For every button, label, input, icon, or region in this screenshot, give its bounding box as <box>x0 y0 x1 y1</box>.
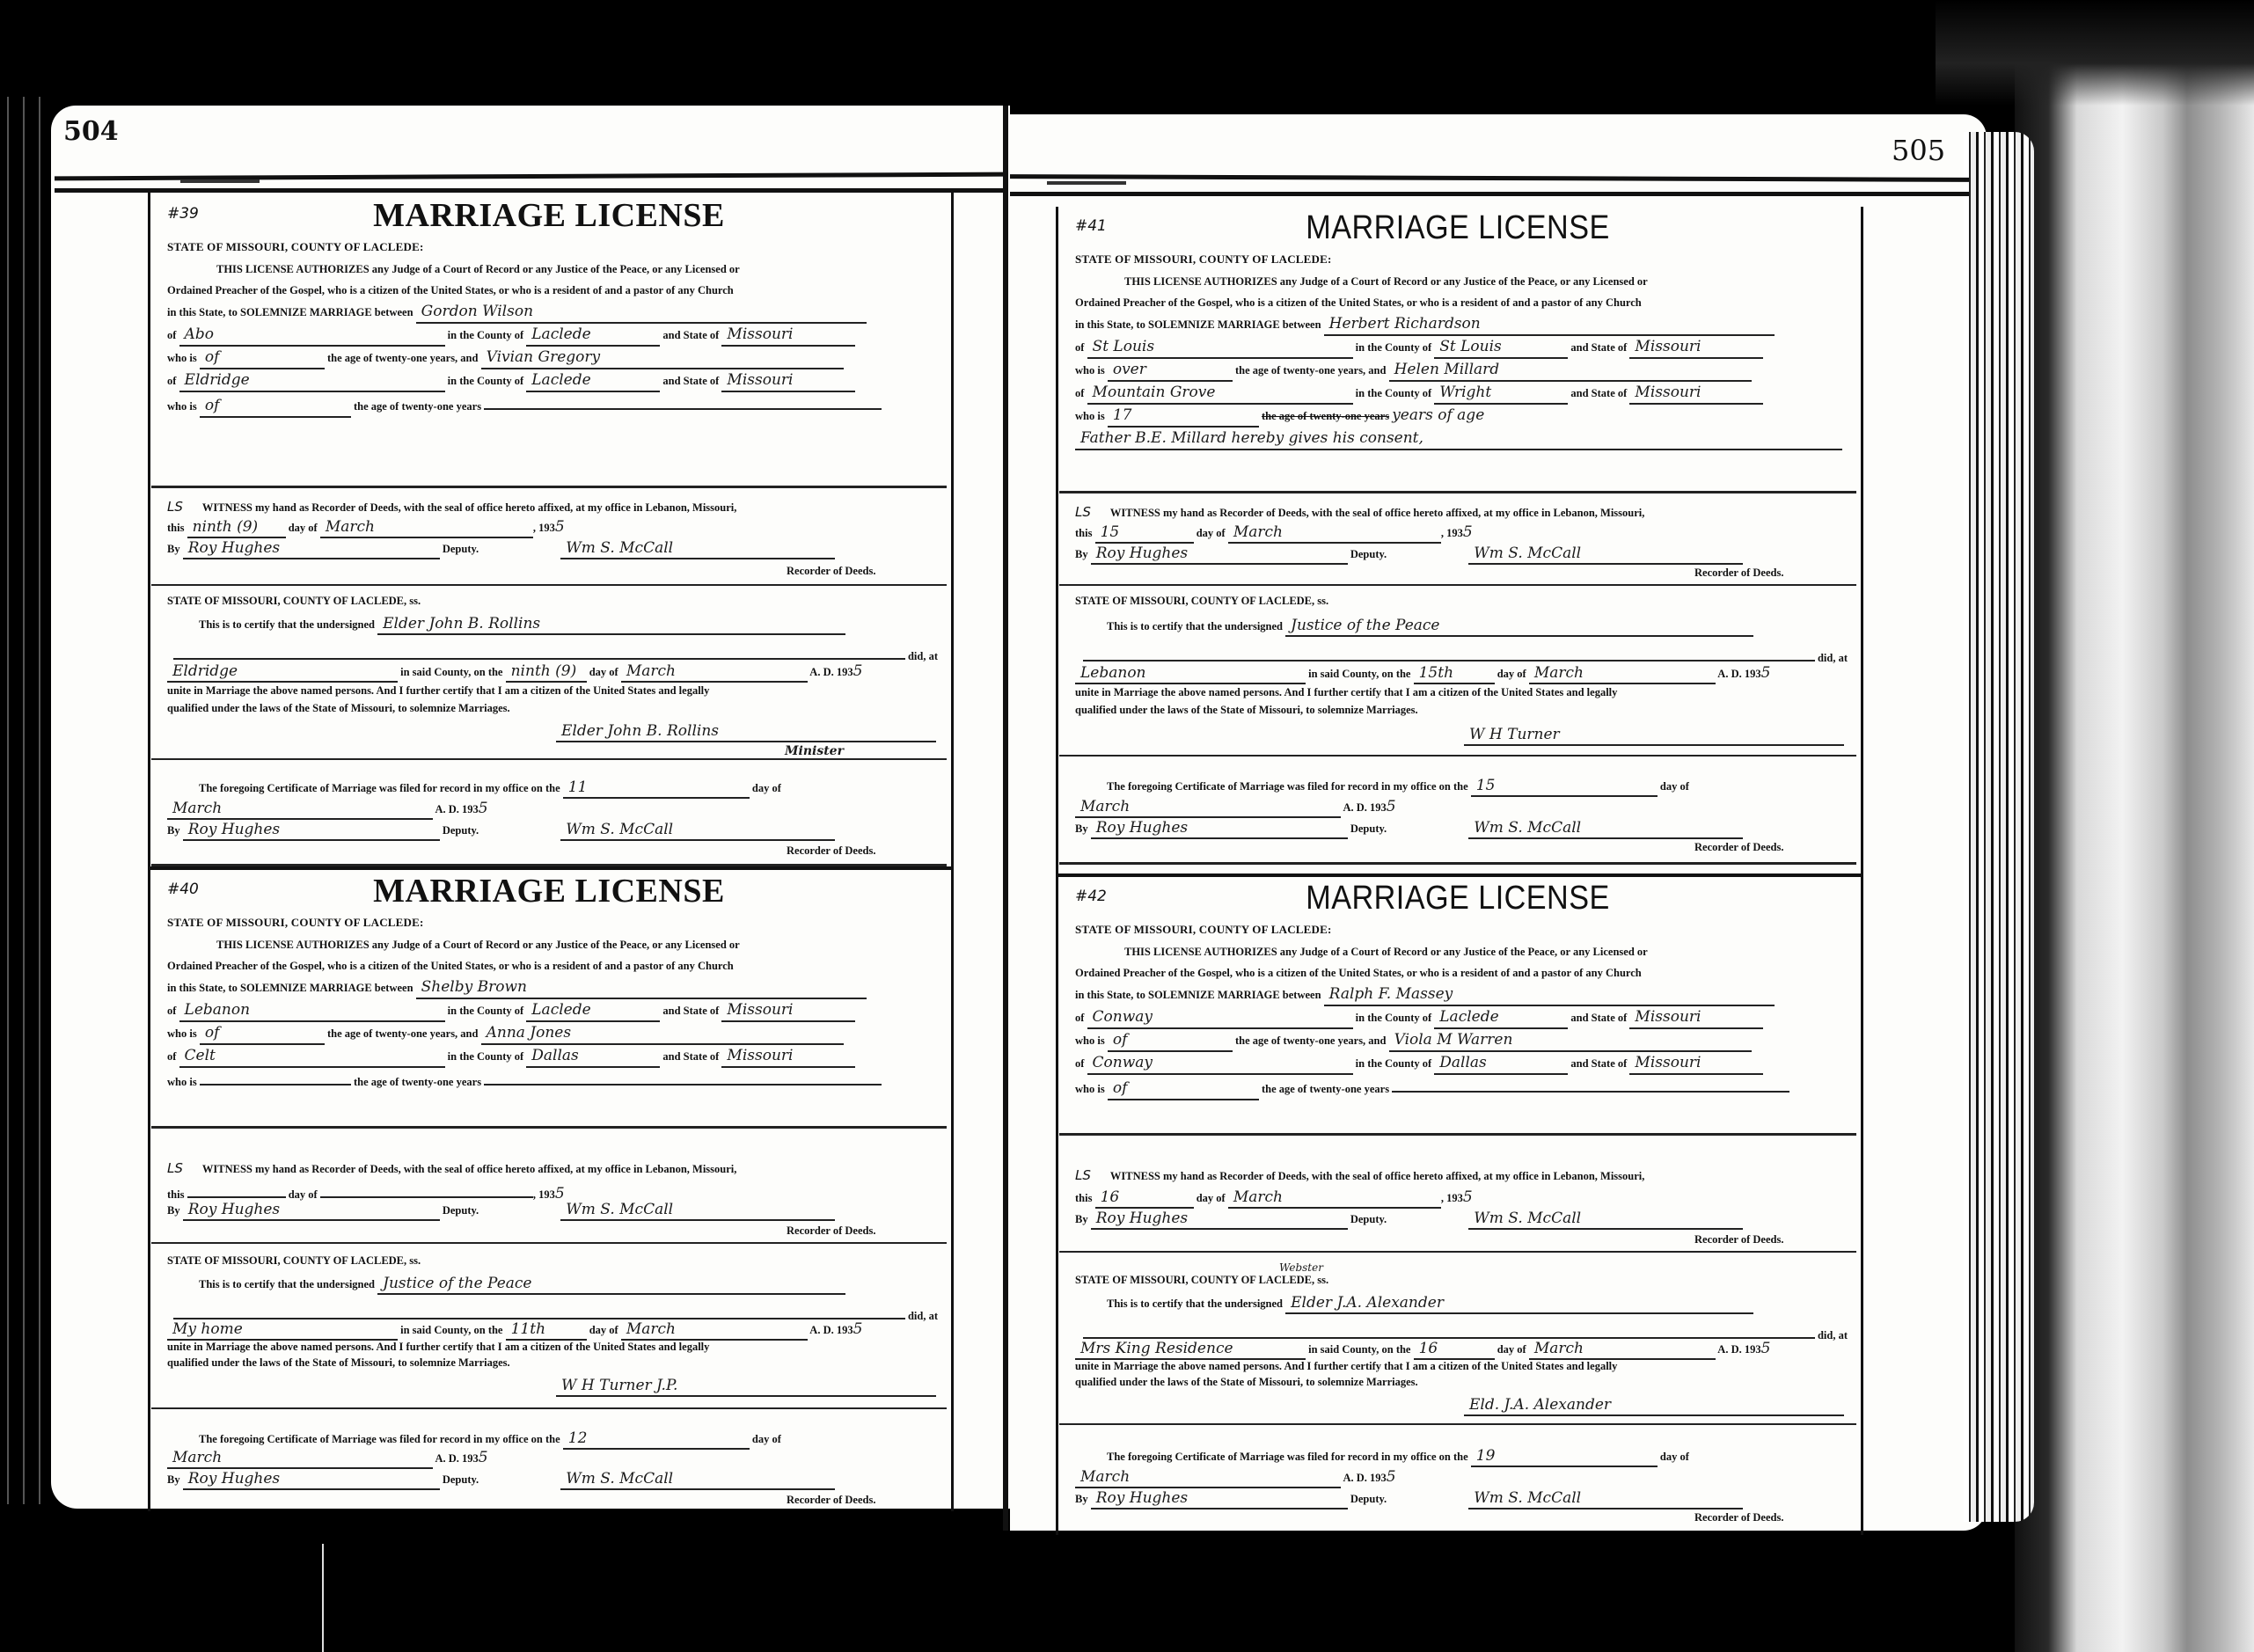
officiant-name: Justice of the Peace <box>1285 618 1753 637</box>
deputy-signature: Roy Hughes <box>183 1202 440 1221</box>
license-separator-right <box>1056 874 1861 877</box>
book-gutter <box>1003 106 1008 1531</box>
filed-recorder: Wm S. McCall <box>1468 1490 1743 1509</box>
groom-state: Missouri <box>721 999 855 1022</box>
cert-header: STATE OF MISSOURI, COUNTY OF LACLEDE, ss… <box>1075 595 1848 607</box>
state-header: STATE OF MISSOURI, COUNTY OF LACLEDE: <box>167 917 424 930</box>
marriage-month: March <box>621 663 808 683</box>
groom-residence: St Louis <box>1087 336 1353 359</box>
witness-day: 16 <box>1095 1189 1194 1209</box>
witness-month: March <box>1228 1189 1441 1209</box>
license-title: MARRIAGE LICENSE <box>151 873 947 911</box>
binder-clip <box>299 1526 387 1652</box>
bride-age: of <box>200 395 351 418</box>
marriage-place: My home <box>167 1321 398 1341</box>
marriage-day: 11th <box>506 1321 587 1341</box>
license-separator-left <box>148 866 952 870</box>
witness-month: March <box>1228 524 1441 544</box>
groom-county: St Louis <box>1434 336 1568 359</box>
groom-name: Ralph F. Massey <box>1324 983 1775 1006</box>
filed-day: 19 <box>1471 1448 1658 1467</box>
marriage-license-41: #41 MARRIAGE LICENSE STATE OF MISSOURI, … <box>1059 208 1856 876</box>
state-header: STATE OF MISSOURI, COUNTY OF LACLEDE: <box>1075 253 1332 267</box>
groom-name: Gordon Wilson <box>416 301 867 324</box>
license-title: MARRIAGE LICENSE <box>1099 880 1816 918</box>
witness-line: LSWITNESS my hand as Recorder of Deeds, … <box>167 500 938 515</box>
deputy-signature: Roy Hughes <box>1091 1210 1348 1230</box>
groom-residence: Conway <box>1087 1006 1353 1029</box>
witness-line: LSWITNESS my hand as Recorder of Deeds, … <box>1075 505 1848 520</box>
groom-county: Laclede <box>526 324 660 347</box>
witness-day: 15 <box>1095 524 1194 544</box>
bride-state: Missouri <box>1629 1052 1763 1075</box>
groom-state: Missouri <box>1629 336 1763 359</box>
bride-county: Laclede <box>526 369 660 392</box>
filed-deputy: Roy Hughes <box>183 1471 440 1490</box>
scanner-shadow <box>1936 0 2254 106</box>
authorization-text: THIS LICENSE AUTHORIZES any Judge of a C… <box>167 259 938 418</box>
groom-state: Missouri <box>721 324 855 347</box>
authorization-text: THIS LICENSE AUTHORIZES any Judge of a C… <box>1075 271 1848 450</box>
officiant-name: Elder John B. Rollins <box>377 616 845 635</box>
bride-county: Wright <box>1434 382 1568 405</box>
groom-name: Herbert Richardson <box>1324 313 1775 336</box>
groom-residence: Lebanon <box>179 999 445 1022</box>
marriage-license-42: #42 MARRIAGE LICENSE STATE OF MISSOURI, … <box>1059 878 1856 1529</box>
officiant-signature: Elder John B. Rollins <box>556 723 936 742</box>
filed-month: March <box>167 1450 433 1469</box>
cert-header: STATE OF MISSOURI, COUNTY OF LACLEDE, ss… <box>1075 1274 1848 1286</box>
marriage-place: Mrs King Residence <box>1075 1341 1306 1360</box>
groom-residence: Abo <box>179 324 445 347</box>
filed-deputy: Roy Hughes <box>183 822 440 841</box>
filed-recorder: Wm S. McCall <box>1468 820 1743 839</box>
page-number-right: 505 <box>1892 134 1945 167</box>
bride-age-suffix: years of age <box>1392 406 1484 424</box>
license-title: MARRIAGE LICENSE <box>151 197 947 236</box>
officiant-signature: W H Turner <box>1464 727 1844 746</box>
bride-county: Dallas <box>526 1045 660 1068</box>
officiant-title: Minister <box>785 744 844 758</box>
bride-name: Viola M Warren <box>1389 1029 1752 1052</box>
groom-age: over <box>1108 359 1233 382</box>
bride-residence: Eldridge <box>179 369 445 392</box>
header-rule-right-bottom <box>1010 192 1969 196</box>
printer-imprint-left <box>180 179 260 183</box>
recorder-signature: Wm S. McCall <box>560 540 835 559</box>
state-header: STATE OF MISSOURI, COUNTY OF LACLEDE: <box>167 241 424 254</box>
witness-line: LSWITNESS my hand as Recorder of Deeds, … <box>1075 1168 1848 1183</box>
authorization-text: THIS LICENSE AUTHORIZES any Judge of a C… <box>1075 941 1848 1100</box>
filed-recorder: Wm S. McCall <box>560 1471 835 1490</box>
officiant-name: Justice of the Peace <box>377 1276 845 1295</box>
witness-month: March <box>320 519 533 538</box>
officiant-signature: W H Turner J.P. <box>556 1378 936 1397</box>
marriage-license-39: #39 MARRIAGE LICENSE STATE OF MISSOURI, … <box>151 195 947 864</box>
filed-deputy: Roy Hughes <box>1091 820 1348 839</box>
marriage-place: Eldridge <box>167 663 398 683</box>
witness-line: LSWITNESS my hand as Recorder of Deeds, … <box>167 1161 938 1176</box>
filed-recorder: Wm S. McCall <box>560 822 835 841</box>
book-edge-left <box>0 97 55 1504</box>
groom-age: of <box>200 347 325 369</box>
bride-name: Vivian Gregory <box>481 347 844 369</box>
witness-day <box>187 1181 286 1198</box>
groom-age: of <box>1108 1029 1233 1052</box>
officiant-name: Elder J.A. Alexander <box>1285 1295 1753 1314</box>
bride-name: Helen Millard <box>1389 359 1752 382</box>
bride-county: Dallas <box>1434 1052 1568 1075</box>
filed-month: March <box>1075 799 1341 818</box>
bride-name: Anna Jones <box>481 1022 844 1045</box>
parental-consent-note: Father B.E. Millard hereby gives his con… <box>1075 428 1842 450</box>
marriage-day: 16 <box>1414 1341 1495 1360</box>
officiant-signature: Eld. J.A. Alexander <box>1464 1397 1844 1416</box>
groom-age: of <box>200 1022 325 1045</box>
section-divider <box>151 486 947 488</box>
scanner-background <box>2015 0 2254 1652</box>
witness-day: ninth (9) <box>187 519 286 538</box>
marriage-license-40: #40 MARRIAGE LICENSE STATE OF MISSOURI, … <box>151 871 947 1522</box>
cert-header: STATE OF MISSOURI, COUNTY OF LACLEDE, ss… <box>167 595 938 607</box>
bride-age: 17 <box>1108 405 1259 428</box>
recorder-label: Recorder of Deeds. <box>787 565 875 577</box>
groom-name: Shelby Brown <box>416 976 867 999</box>
filed-month: March <box>1075 1469 1341 1488</box>
marriage-day: ninth (9) <box>506 663 587 683</box>
marriage-day: 15th <box>1414 665 1495 684</box>
bride-state: Missouri <box>721 369 855 392</box>
recorder-signature: Wm S. McCall <box>1468 1210 1743 1230</box>
bride-age <box>200 1068 351 1085</box>
bride-state: Missouri <box>1629 382 1763 405</box>
filed-deputy: Roy Hughes <box>1091 1490 1348 1509</box>
deputy-signature: Roy Hughes <box>1091 545 1348 565</box>
recorder-signature: Wm S. McCall <box>1468 545 1743 565</box>
marriage-month: March <box>1529 1341 1716 1360</box>
deputy-signature: Roy Hughes <box>183 540 440 559</box>
marriage-month: March <box>621 1321 808 1341</box>
page-number-left: 504 <box>63 116 119 147</box>
bride-state: Missouri <box>721 1045 855 1068</box>
marriage-month: March <box>1529 665 1716 684</box>
filed-day: 11 <box>563 779 750 799</box>
state-header: STATE OF MISSOURI, COUNTY OF LACLEDE: <box>1075 924 1332 937</box>
page-edges-right <box>1964 132 2034 1522</box>
witness-month <box>320 1181 533 1198</box>
bride-residence: Conway <box>1087 1052 1353 1075</box>
marriage-place: Lebanon <box>1075 665 1306 684</box>
bride-residence: Mountain Grove <box>1087 382 1353 405</box>
recorder-signature: Wm S. McCall <box>560 1202 835 1221</box>
bride-age: of <box>1108 1078 1259 1100</box>
filed-day: 12 <box>563 1430 750 1450</box>
filed-day: 15 <box>1471 778 1658 797</box>
groom-state: Missouri <box>1629 1006 1763 1029</box>
license-title: MARRIAGE LICENSE <box>1099 209 1816 248</box>
cert-header: STATE OF MISSOURI, COUNTY OF LACLEDE, ss… <box>167 1254 938 1267</box>
bride-residence: Celt <box>179 1045 445 1068</box>
printer-imprint-right <box>1047 181 1126 185</box>
groom-county: Laclede <box>526 999 660 1022</box>
filed-month: March <box>167 800 433 820</box>
county-correction: Webster <box>1279 1261 1323 1274</box>
groom-county: Laclede <box>1434 1006 1568 1029</box>
authorization-text: THIS LICENSE AUTHORIZES any Judge of a C… <box>167 934 938 1093</box>
